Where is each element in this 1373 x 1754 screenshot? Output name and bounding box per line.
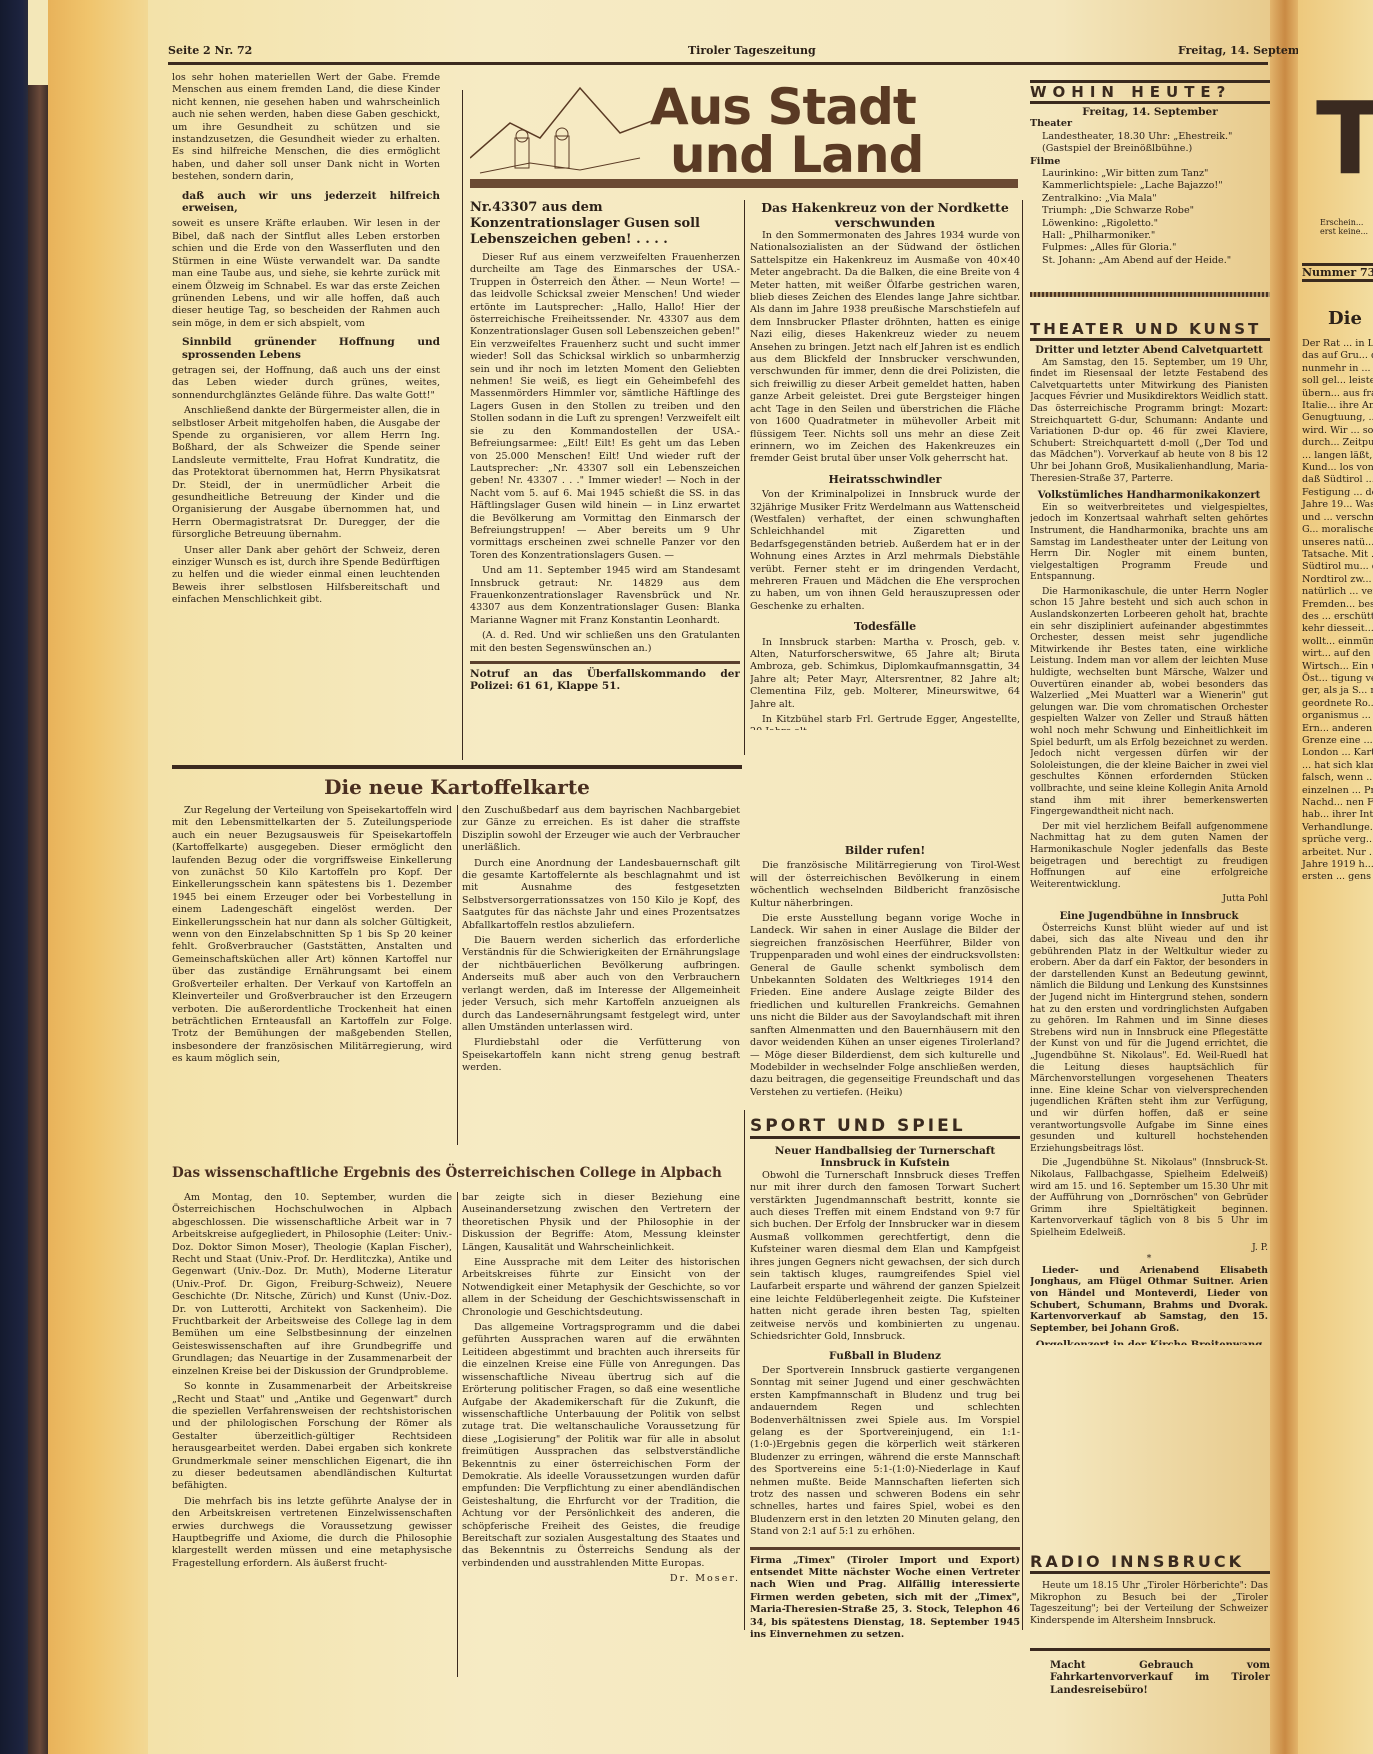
left-column: los sehr hohen materiellen Wert der Gabe… — [172, 72, 440, 762]
paragraph: Ein so weitverbreitetes und vielgespielt… — [1030, 502, 1268, 583]
alpbach-col1: Am Montag, den 10. September, wurden die… — [172, 1192, 452, 1677]
paragraph: bar zeigte sich in dieser Beziehung eine… — [462, 1192, 740, 1254]
emergency-notice: Notruf an das Überfallskommando der Poli… — [470, 661, 740, 693]
header-rule — [168, 62, 1268, 65]
paragraph: Obwohl die Turnerschaft Innsbruck dieses… — [750, 1170, 1020, 1344]
kartoffel-col2: den Zuschußbedarf aus dem bayrischen Nac… — [462, 805, 740, 1150]
article-title: Fußball in Bludenz — [750, 1350, 1020, 1362]
listing-date: Freitag, 14. September — [1030, 106, 1270, 118]
next-article-text: Der Rat ... in London ... gonnen hat, da… — [1302, 338, 1373, 884]
banner-title-line2: und Land — [670, 126, 923, 184]
paragraph: Österreichs Kunst blüht wieder auf und i… — [1030, 923, 1268, 1155]
section-rule — [172, 765, 742, 769]
article-hakenkreuz: Das Hakenkreuz von der Nordkette verschw… — [750, 200, 1020, 730]
paragraph: Heute um 18.15 Uhr „Tiroler Hörberichte"… — [1030, 1580, 1268, 1626]
section-banner: Aus Stadt und Land — [470, 78, 1018, 188]
article-title: Neuer Handballsieg der Turnerschaft Inns… — [750, 1145, 1020, 1170]
timex-notice: Firma „Timex" (Tiroler Import und Export… — [750, 1547, 1020, 1642]
column-divider — [457, 1192, 458, 1677]
radio-section: Heute um 18.15 Uhr „Tiroler Hörberichte"… — [1030, 1580, 1268, 1650]
listing-item: Kammerlichtspiele: „Lache Bajazzo!" — [1042, 180, 1270, 192]
paragraph: Die Harmonikaschule, die unter Herrn Nog… — [1030, 586, 1268, 818]
paragraph: Am Samstag, den 15. September, um 19 Uhr… — [1030, 357, 1268, 485]
page-fold — [1270, 0, 1300, 1754]
column-divider — [1022, 200, 1023, 1630]
article-title: Orgelkonzert in der Kirche Breitenwang — [1030, 1340, 1268, 1345]
column-divider — [457, 805, 458, 1145]
paragraph: Der Sportverein Innsbruck gastierte verg… — [750, 1365, 1020, 1539]
paragraph: Unser aller Dank aber gehört der Schweiz… — [172, 545, 440, 607]
column-divider — [744, 1110, 745, 1630]
paragraph: Anschließend dankte der Bürgermeister al… — [172, 405, 440, 541]
emphasis-line: daß auch wir uns jederzeit hilfreich erw… — [182, 190, 440, 215]
author: J. P. — [1030, 1242, 1268, 1254]
article-title-alpbach: Das wissenschaftliche Ergebnis des Öster… — [172, 1165, 742, 1181]
paragraph: Durch eine Anordnung der Landesbauernsch… — [462, 858, 740, 932]
paragraph: Die Bauern werden sicherlich das erforde… — [462, 935, 740, 1034]
listing-item: Fulpmes: „Alles für Gloria." — [1042, 242, 1270, 254]
article-title-kartoffelkarte: Die neue Kartoffelkarte — [172, 775, 742, 799]
issue-number: Nummer 73 — [1302, 263, 1373, 282]
paragraph: Die erste Ausstellung begann vorige Woch… — [750, 913, 1020, 1099]
wohin-heute: Freitag, 14. September Theater Landesthe… — [1030, 106, 1270, 286]
section-heading-wohin: WOHIN HEUTE? — [1030, 80, 1270, 104]
author: Jutta Pohl — [1030, 893, 1268, 905]
article-title: Volkstümliches Handharmonikakonzert — [1030, 490, 1268, 502]
paragraph: Dieser Ruf aus einem verzweifelten Fraue… — [470, 252, 740, 562]
kunst-section: Dritter und letzter Abend Calvetquartett… — [1030, 345, 1268, 1345]
article-gusen: Nr.43307 aus dem Konzentrationslager Gus… — [470, 200, 740, 755]
listing-item: Löwenkino: „Rigoletto." — [1042, 218, 1270, 230]
section-heading-sport: SPORT UND SPIEL — [750, 1116, 1020, 1139]
article-title: Das Hakenkreuz von der Nordkette verschw… — [750, 200, 1020, 230]
paragraph: soweit es unsere Kräfte erlauben. Wir le… — [172, 218, 440, 330]
paragraph: Die mehrfach bis ins letzte geführte Ana… — [172, 1496, 452, 1570]
mountain-city-illustration-icon — [470, 78, 660, 178]
section-rule — [1030, 292, 1270, 297]
article-title: Dritter und letzter Abend Calvetquartett — [1030, 345, 1268, 357]
paragraph: Die französische Militärregierung von Ti… — [750, 860, 1020, 910]
next-headline: Die — [1328, 308, 1362, 329]
paragraph: In Kitzbühel starb Frl. Gertrude Egger, … — [750, 714, 1020, 730]
alpbach-col2: bar zeigte sich in dieser Beziehung eine… — [462, 1192, 740, 1687]
listing-category: Theater — [1030, 118, 1270, 130]
listing-category: Filme — [1030, 156, 1270, 168]
paragraph: Das allgemeine Vortragsprogramm und die … — [462, 1322, 740, 1570]
paragraph: Von der Kriminalpolizei in Innsbruck wur… — [750, 489, 1020, 613]
listing-item: Laurinkino: „Wir bitten zum Tanz" — [1042, 168, 1270, 180]
section-heading-kunst: THEATER UND KUNST — [1030, 320, 1270, 341]
listing-item: Hall: „Philharmoniker." — [1042, 230, 1270, 242]
paragraph: Die „Jugendbühne St. Nikolaus" (Innsbruc… — [1030, 1157, 1268, 1238]
newspaper-name: Tiroler Tageszeitung — [688, 44, 816, 57]
kartoffel-col1: Zur Regelung der Verteilung von Speiseka… — [172, 805, 452, 1150]
column-divider — [462, 90, 463, 760]
section-heading-radio: RADIO INNSBRUCK — [1030, 1552, 1270, 1574]
masthead-letter: T — [1316, 80, 1373, 197]
page-number: Seite 2 Nr. 72 — [168, 44, 252, 57]
paragraph: Zur Regelung der Verteilung von Speiseka… — [172, 805, 452, 1066]
paragraph: In den Sommermonaten des Jahres 1934 wur… — [750, 230, 1020, 466]
banner-bar — [470, 179, 1018, 188]
book-binding — [0, 0, 28, 1754]
page-margin — [48, 0, 148, 1754]
paragraph: den Zuschußbedarf aus dem bayrischen Nac… — [462, 805, 740, 855]
paragraph: In Innsbruck starben: Martha v. Prosch, … — [750, 637, 1020, 711]
paragraph: (A. d. Red. Und wir schließen uns den Gr… — [470, 630, 740, 655]
article-title: Bilder rufen! — [750, 845, 1020, 857]
article-title: Heiratsschwindler — [750, 474, 1020, 486]
article-title: Todesfälle — [750, 621, 1020, 633]
paragraph: Eine Aussprache mit dem Leiter des histo… — [462, 1257, 740, 1319]
page-header: Seite 2 Nr. 72 Tiroler Tageszeitung Frei… — [168, 44, 1278, 60]
paragraph: Der mit viel herzlichem Beifall aufgenom… — [1030, 821, 1268, 891]
author: Dr. Moser. — [462, 1573, 740, 1585]
section-rule — [1030, 1648, 1270, 1651]
article-bilder: Bilder rufen! Die französische Militärre… — [750, 845, 1020, 1110]
sport-section: Neuer Handballsieg der Turnerschaft Inns… — [750, 1145, 1020, 1645]
article-title: Eine Jugendbühne in Innsbruck — [1030, 911, 1268, 923]
article-title: Nr.43307 aus dem Konzentrationslager Gus… — [470, 200, 740, 248]
paragraph: los sehr hohen materiellen Wert der Gabe… — [172, 72, 440, 184]
listing-item: St. Johann: „Am Abend auf der Heide." — [1042, 255, 1270, 267]
paragraph: getragen sei, der Hoffnung, daß auch uns… — [172, 365, 440, 402]
listing-item: Landestheater, 18.30 Uhr: „Ehestreik." (… — [1042, 131, 1270, 156]
ad-reisebuero: Macht Gebrauch vom Fahrkartenvorverkauf … — [1050, 1660, 1270, 1700]
paragraph: Lieder- und Arienabend Elisabeth Jonghau… — [1030, 1265, 1268, 1335]
paragraph: Am Montag, den 10. September, wurden die… — [172, 1192, 452, 1378]
listing-item: Zentralkino: „Via Mala" — [1042, 193, 1270, 205]
binding-edge — [28, 85, 48, 1754]
masthead-tagline: Erschein... erst keine... — [1320, 218, 1373, 236]
column-divider — [744, 200, 745, 755]
paragraph: So konnte in Zusammenarbeit der Arbeitsk… — [172, 1381, 452, 1493]
listing-item: Triumph: „Die Schwarze Robe" — [1042, 205, 1270, 217]
adjacent-page: T Erschein... erst keine... Nummer 73 Di… — [1298, 0, 1373, 1754]
paragraph: Flurdiebstahl oder die Verfütterung von … — [462, 1037, 740, 1074]
emphasis-line: Sinnbild grünender Hoffnung und sprossen… — [182, 336, 440, 361]
paragraph: Und am 11. September 1945 wird am Stande… — [470, 565, 740, 627]
